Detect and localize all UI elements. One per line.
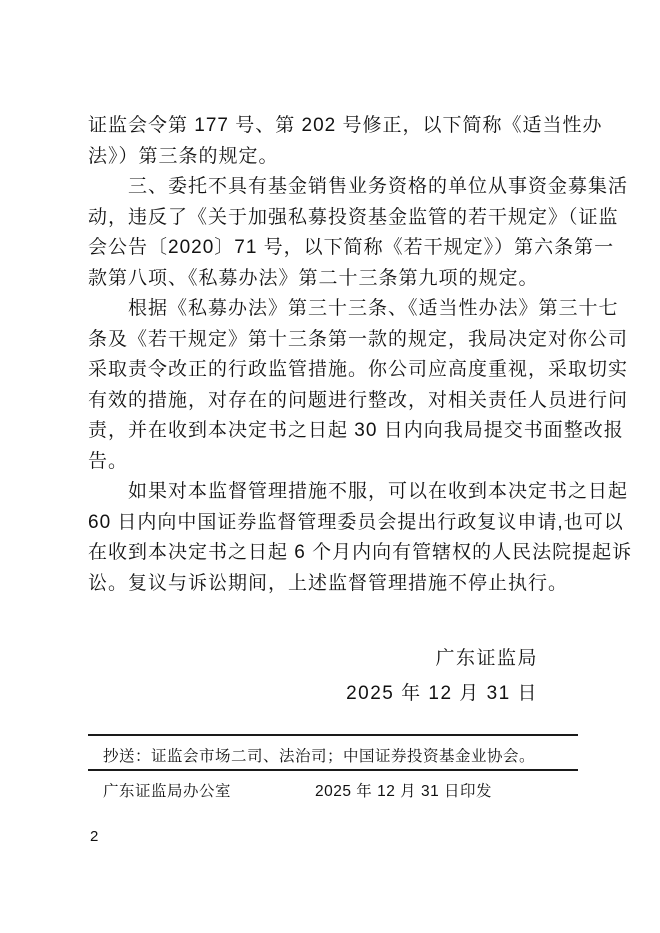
- signature-date: 2025 年 12 月 31 日: [346, 678, 538, 705]
- body-line: 款第八项、《私募办法》第二十三条第九项的规定。: [88, 264, 574, 295]
- body-line: 采取责令改正的行政监管措施。你公司应高度重视，采取切实: [88, 355, 574, 386]
- body-line: 有效的措施，对存在的问题进行整改，对相关责任人员进行问: [88, 386, 574, 417]
- issuing-office: 广东证监局办公室: [103, 779, 231, 801]
- print-date: 2025 年 12 月 31 日印发: [315, 779, 492, 801]
- body-line: 根据《私募办法》第三十三条、《适当性办法》第三十七: [88, 294, 574, 325]
- page-number: 2: [90, 828, 98, 845]
- body-line: 三、委托不具有基金销售业务资格的单位从事资金募集活: [88, 172, 574, 203]
- body-line: 讼。复议与诉讼期间，上述监督管理措施不停止执行。: [88, 569, 574, 600]
- document-body: 证监会令第 177 号、第 202 号修正，以下简称《适当性办 法》）第三条的规…: [88, 111, 574, 599]
- body-line: 证监会令第 177 号、第 202 号修正，以下简称《适当性办: [88, 111, 574, 142]
- body-line: 如果对本监督管理措施不服，可以在收到本决定书之日起: [88, 477, 574, 508]
- footer-rule-bottom: [88, 769, 578, 771]
- cc-line: 抄送：证监会市场二司、法治司；中国证券投资基金业协会。: [103, 744, 535, 766]
- document-page: 证监会令第 177 号、第 202 号修正，以下简称《适当性办 法》）第三条的规…: [0, 0, 660, 933]
- body-line: 60 日内向中国证券监督管理委员会提出行政复议申请,也可以: [88, 508, 574, 539]
- body-line: 法》）第三条的规定。: [88, 142, 574, 173]
- signature-issuer: 广东证监局: [435, 643, 538, 670]
- body-line: 告。: [88, 447, 574, 478]
- body-line: 在收到本决定书之日起 6 个月内向有管辖权的人民法院提起诉: [88, 538, 574, 569]
- body-line: 条及《若干规定》第十三条第一款的规定，我局决定对你公司: [88, 325, 574, 356]
- body-line: 会公告〔2020〕71 号，以下简称《若干规定》）第六条第一: [88, 233, 574, 264]
- body-line: 责，并在收到本决定书之日起 30 日内向我局提交书面整改报: [88, 416, 574, 447]
- body-line: 动，违反了《关于加强私募投资基金监管的若干规定》（证监: [88, 203, 574, 234]
- footer-rule-top: [88, 734, 578, 736]
